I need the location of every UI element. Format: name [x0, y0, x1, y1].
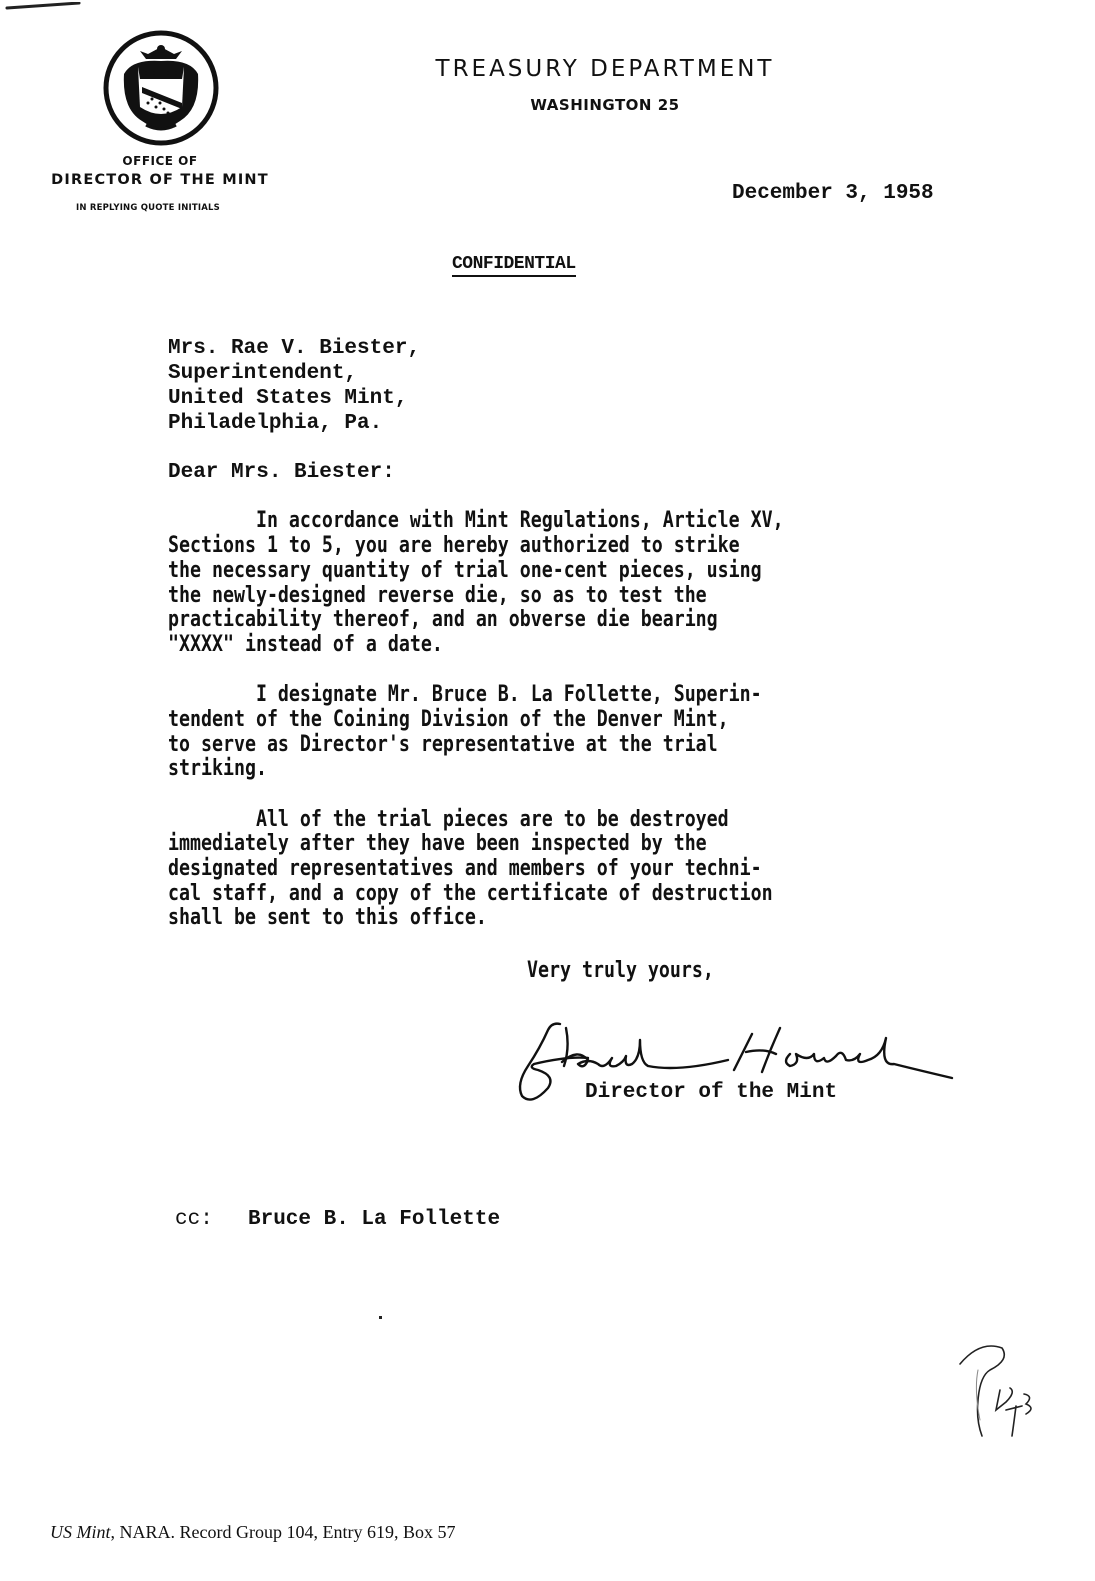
- closing: Very truly yours,: [527, 958, 714, 983]
- body-line: Sections 1 to 5, you are hereby authoriz…: [168, 534, 1095, 559]
- citation-reference: , NARA. Record Group 104, Entry 619, Box…: [111, 1522, 456, 1542]
- body-line: tendent of the Coining Division of the D…: [168, 708, 1095, 733]
- letter-date: December 3, 1958: [732, 182, 934, 205]
- cc-recipient: Bruce B. La Follette: [248, 1208, 500, 1231]
- body-line: All of the trial pieces are to be destro…: [168, 808, 1095, 833]
- signatory-title: Director of the Mint: [585, 1081, 837, 1104]
- citation-source: US Mint: [50, 1522, 111, 1542]
- handwritten-initials-icon: [950, 1340, 1040, 1450]
- recipient-line: Philadelphia, Pa.: [168, 411, 382, 436]
- paperclip-mark-icon: [3, 2, 81, 10]
- recipient-line: Mrs. Rae V. Biester,: [168, 336, 420, 361]
- archival-citation: US Mint, NARA. Record Group 104, Entry 6…: [50, 1522, 455, 1543]
- recipient-line: United States Mint,: [168, 386, 407, 411]
- body-line: "XXXX" instead of a date.: [168, 633, 1095, 658]
- treasury-seal-icon: [102, 29, 220, 147]
- body-line: striking.: [168, 757, 1095, 782]
- body-line: the newly-designed reverse die, so as to…: [168, 584, 1095, 609]
- body-line: cal staff, and a copy of the certificate…: [168, 882, 1095, 907]
- body-line: immediately after they have been inspect…: [168, 832, 1095, 857]
- body-line: to serve as Director's representative at…: [168, 733, 1095, 758]
- reply-note: IN REPLYING QUOTE INITIALS: [0, 203, 296, 213]
- department-heading: TREASURY DEPARTMENT: [380, 56, 830, 82]
- ink-speck: [379, 1316, 382, 1319]
- cc-label: cc:: [175, 1208, 213, 1231]
- city-heading: WASHINGTON 25: [380, 96, 830, 114]
- classification-label: CONFIDENTIAL: [452, 254, 576, 277]
- recipient-line: Superintendent,: [168, 361, 357, 386]
- office-title: DIRECTOR OF THE MINT: [0, 172, 320, 188]
- body-line: In accordance with Mint Regulations, Art…: [168, 509, 1095, 534]
- body-line: practicability thereof, and an obverse d…: [168, 608, 1095, 633]
- salutation: Dear Mrs. Biester:: [168, 461, 395, 484]
- body-line: the necessary quantity of trial one-cent…: [168, 559, 1095, 584]
- body-line: shall be sent to this office.: [168, 906, 1095, 931]
- office-of-label: OFFICE OF: [0, 154, 320, 168]
- body-line: designated representatives and members o…: [168, 857, 1095, 882]
- body-line: I designate Mr. Bruce B. La Follette, Su…: [168, 683, 1095, 708]
